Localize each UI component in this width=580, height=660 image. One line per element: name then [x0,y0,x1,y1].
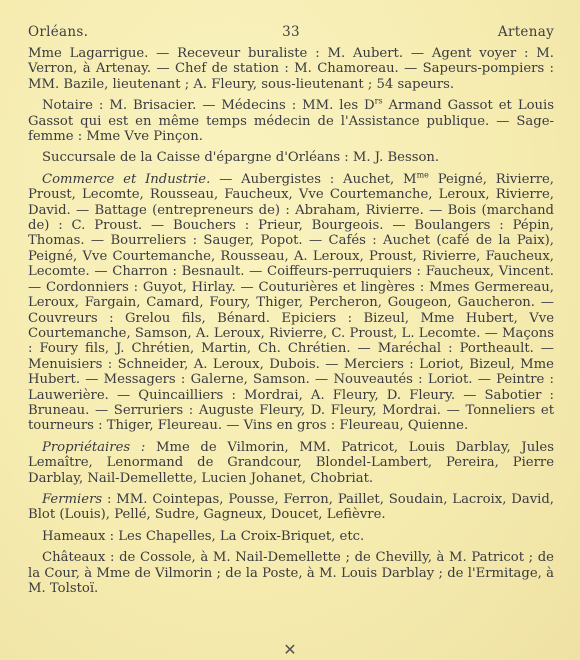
section-heading-italic: Fermiers [42,492,102,507]
paragraph-commerce-industry: Commerce et Industrie. — Aubergistes : A… [28,172,554,434]
paragraph-castles: Châteaux : de Cossole, à M. Nail-Demelle… [28,550,554,596]
paragraph-text: Notaire : M. Brisacier. — Médecins : MM.… [42,98,375,113]
paragraph-text: Succursale de la Caisse d'épargne d'Orlé… [42,150,439,165]
paragraph-text: : MM. Cointepas, Pousse, Ferron, Paillet… [28,492,554,522]
paragraph-hamlets: Hameaux : Les Chapelles, La Croix-Brique… [28,529,554,544]
section-heading-italic: Commerce et Industrie. [42,172,210,187]
paragraph-text: Peigné, Rivierre, Proust, Lecomte, Rouss… [28,172,554,434]
header-left-city: Orléans. [28,24,88,40]
paragraph-text: Hameaux : Les Chapelles, La Croix-Brique… [42,529,364,544]
paragraph-farmers: Fermiers : MM. Cointepas, Pousse, Ferron… [28,492,554,523]
running-head: Orléans. 33 Artenay [28,24,554,40]
paragraph-proprietors: Propriétaires : Mme de Vilmorin, MM. Pat… [28,440,554,486]
paragraph-notary-doctors: Notaire : M. Brisacier. — Médecins : MM.… [28,98,554,144]
paragraph-officials: Mme Lagarrigue. — Receveur buraliste : M… [28,46,554,92]
document-page: Orléans. 33 Artenay Mme Lagarrigue. — Re… [28,24,554,602]
paragraph-text: Mme Lagarrigue. — Receveur buraliste : M… [28,46,554,92]
superscript: me [417,170,429,179]
superscript: rs [375,97,383,106]
section-heading-italic: Propriétaires : [42,440,145,455]
paragraph-savings-bank: Succursale de la Caisse d'épargne d'Orlé… [28,150,554,165]
cross-ornament-icon: ✕ [0,640,580,659]
header-right-town: Artenay [498,24,554,40]
page-number: 33 [28,24,554,40]
paragraph-text: Châteaux : de Cossole, à M. Nail-Demelle… [28,550,554,596]
paragraph-text: — Aubergistes : Auchet, M [210,172,416,187]
